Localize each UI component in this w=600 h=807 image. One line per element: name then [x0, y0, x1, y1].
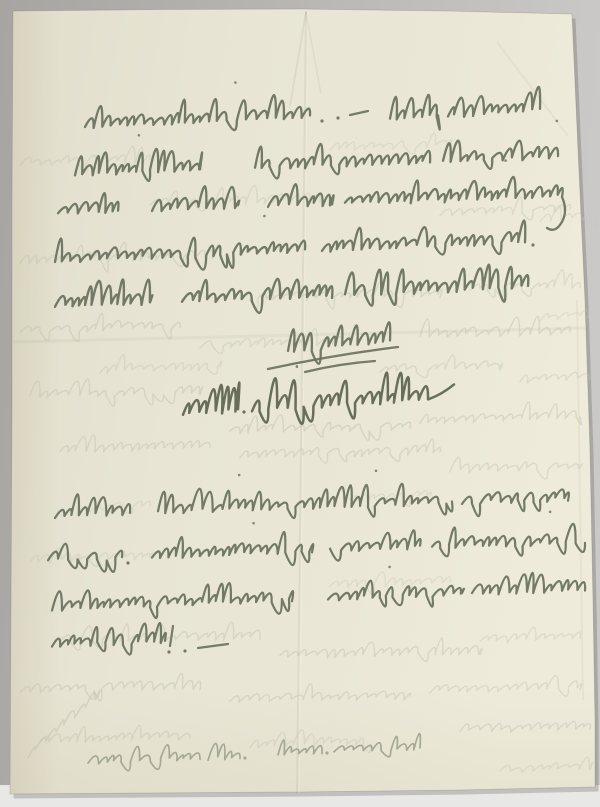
- i-dot: [238, 474, 241, 477]
- period-mark: [126, 561, 129, 564]
- i-dot: [549, 511, 552, 514]
- period-mark: [325, 751, 328, 754]
- i-dot: [296, 365, 299, 368]
- i-dot: [263, 215, 266, 218]
- i-dot: [556, 120, 559, 123]
- period-mark: [320, 119, 323, 122]
- i-dot: [375, 470, 378, 473]
- i-dot: [504, 159, 507, 162]
- period-mark: [336, 116, 339, 119]
- period-mark: [183, 649, 186, 652]
- letter-photograph: faint hand-writing showing through from …: [0, 0, 600, 807]
- i-dot: [138, 134, 141, 137]
- i-dot: [234, 81, 237, 84]
- scanned-letter-stage: faint hand-writing showing through from …: [0, 0, 600, 807]
- period-mark: [243, 756, 246, 759]
- period-mark: [242, 410, 245, 413]
- period-mark: [531, 243, 534, 246]
- exclamation-dot: [167, 650, 170, 653]
- i-dot: [252, 522, 255, 525]
- i-dot: [388, 566, 391, 569]
